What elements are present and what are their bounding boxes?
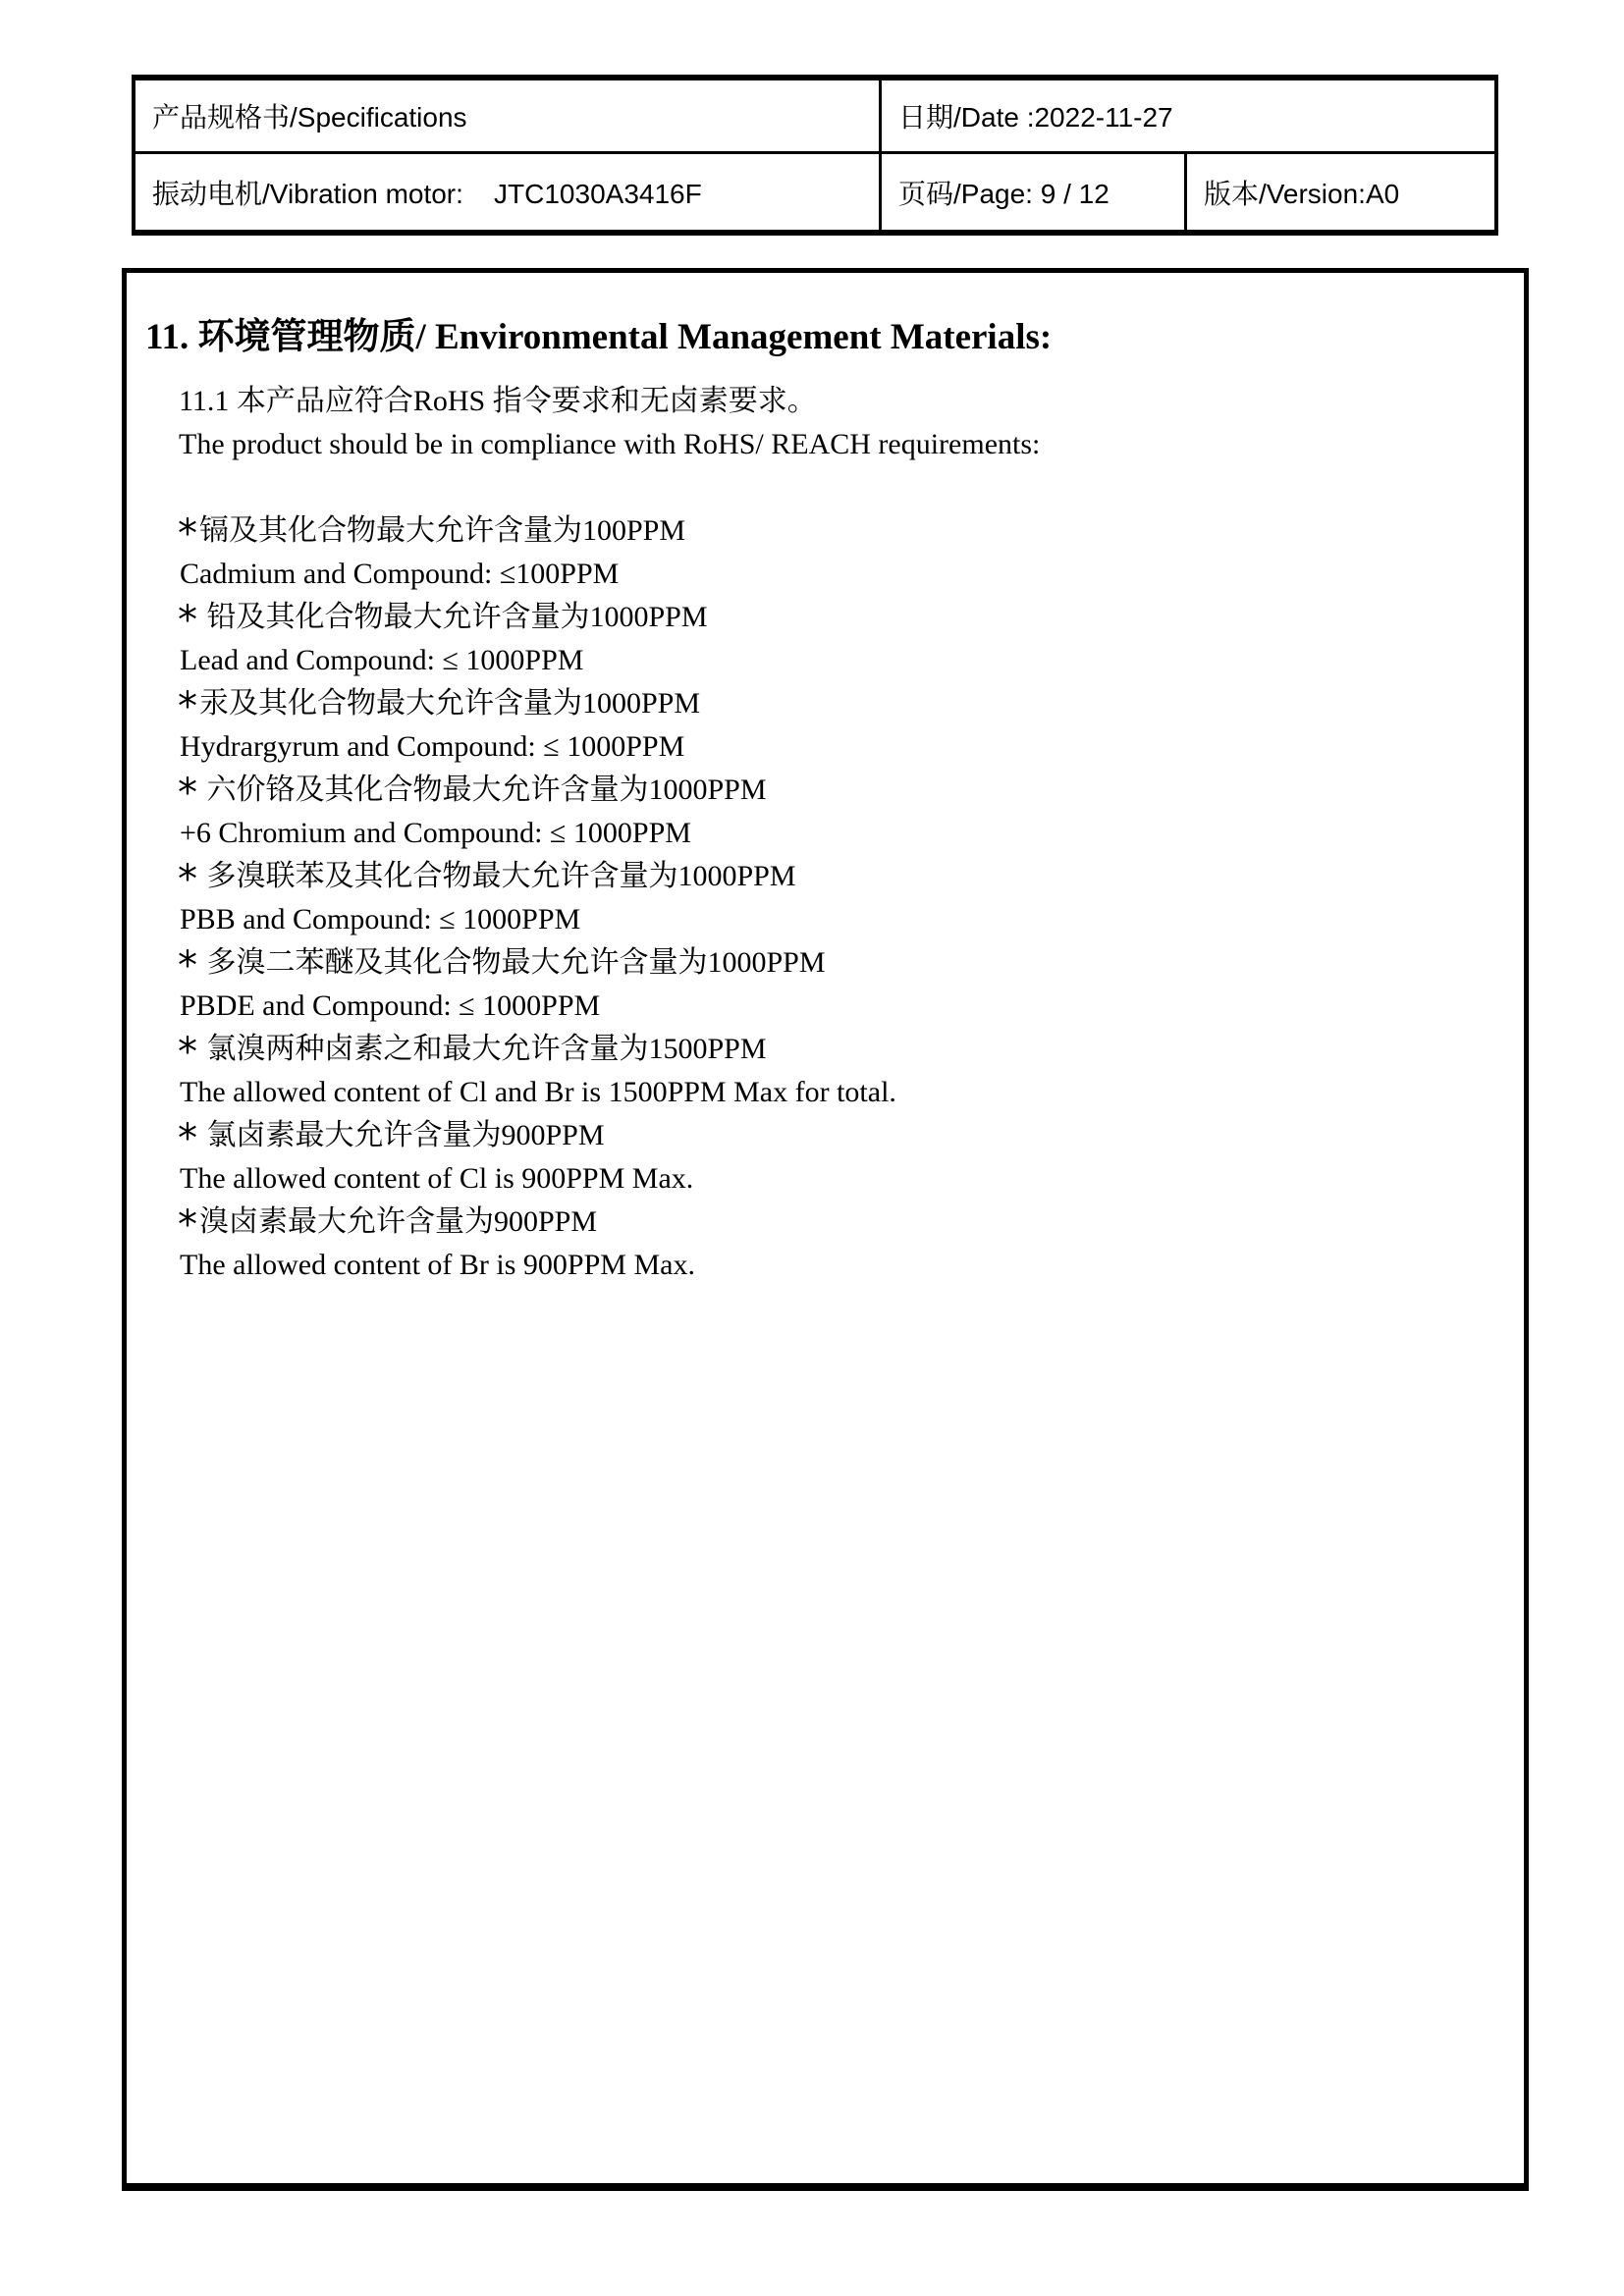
list-item: The allowed content of Br is 900PPM Max. [178, 1244, 1524, 1287]
list-item-text: 汞及其化合物最大允许含量为1000PPM [199, 687, 700, 720]
list-item: The allowed content of Cl is 900PPM Max. [178, 1157, 1524, 1201]
header-cell-product-model: 振动电机/Vibration motor: JTC1030A3416F [135, 154, 882, 230]
list-item-text: PBB and Compound: ≤ 1000PPM [180, 903, 580, 935]
spec-title-text: 产品规格书/Specifications [152, 96, 467, 135]
intro-zh: 11.1 本产品应符合RoHS 指令要求和无卤素要求。 [179, 380, 1524, 423]
list-item: *汞及其化合物最大允许含量为1000PPM [178, 682, 1524, 725]
list-item-text: 氯卤素最大允许含量为900PPM [199, 1119, 605, 1151]
list-item: +6 Chromium and Compound: ≤ 1000PPM [178, 812, 1524, 855]
list-item-text: 六价铬及其化合物最大允许含量为1000PPM [199, 774, 767, 806]
list-item-text: Hydrargyrum and Compound: ≤ 1000PPM [180, 730, 684, 763]
list-item: Cadmium and Compound: ≤100PPM [178, 553, 1524, 596]
blank-line [127, 466, 1524, 509]
list-item-text: 铅及其化合物最大允许含量为1000PPM [199, 601, 708, 633]
list-item-text: Lead and Compound: ≤ 1000PPM [180, 644, 583, 676]
content-box: 11. 环境管理物质/ Environmental Management Mat… [122, 268, 1529, 2191]
section-title: 11. 环境管理物质/ Environmental Management Mat… [145, 313, 1524, 362]
list-item-text: 溴卤素最大允许含量为900PPM [199, 1205, 597, 1238]
list-item: * 氯溴两种卤素之和最大允许含量为1500PPM [178, 1028, 1524, 1071]
list-item: Hydrargyrum and Compound: ≤ 1000PPM [178, 725, 1524, 769]
list-item-text: 氯溴两种卤素之和最大允许含量为1500PPM [199, 1033, 767, 1065]
list-item: PBB and Compound: ≤ 1000PPM [178, 898, 1524, 941]
list-item: * 氯卤素最大允许含量为900PPM [178, 1114, 1524, 1157]
list-item-text: The allowed content of Br is 900PPM Max. [180, 1249, 695, 1281]
content-body: 11. 环境管理物质/ Environmental Management Mat… [127, 273, 1524, 1287]
list-item: *溴卤素最大允许含量为900PPM [178, 1201, 1524, 1244]
header-cell-page: 页码/Page: 9 / 12 [882, 154, 1187, 230]
header-cell-version: 版本/Version:A0 [1187, 154, 1494, 230]
list-item: * 六价铬及其化合物最大允许含量为1000PPM [178, 769, 1524, 812]
header-row-2: 振动电机/Vibration motor: JTC1030A3416F 页码/P… [135, 154, 1494, 230]
product-model-text: 振动电机/Vibration motor: JTC1030A3416F [152, 173, 702, 212]
document-page: { "header": { "row1": { "title": "产品规格书/… [0, 0, 1624, 2296]
list-item-text: The allowed content of Cl is 900PPM Max. [180, 1162, 693, 1195]
list-item-text: Cadmium and Compound: ≤100PPM [180, 558, 619, 590]
intro-en: The product should be in compliance with… [179, 423, 1524, 466]
date-text: 日期/Date :2022-11-27 [898, 96, 1173, 135]
list-item: *镉及其化合物最大允许含量为100PPM [178, 509, 1524, 553]
list-item: * 铅及其化合物最大允许含量为1000PPM [178, 596, 1524, 639]
list-item-text: 多溴联苯及其化合物最大允许含量为1000PPM [199, 860, 796, 892]
page-number-text: 页码/Page: 9 / 12 [898, 173, 1110, 212]
list-item-text: PBDE and Compound: ≤ 1000PPM [180, 989, 600, 1022]
version-text: 版本/Version:A0 [1204, 173, 1399, 212]
list-item-text: 镉及其化合物最大允许含量为100PPM [199, 514, 685, 547]
header-cell-date: 日期/Date :2022-11-27 [882, 80, 1494, 151]
list-item: * 多溴二苯醚及其化合物最大允许含量为1000PPM [178, 941, 1524, 985]
list-item: * 多溴联苯及其化合物最大允许含量为1000PPM [178, 855, 1524, 898]
header-table: 产品规格书/Specifications 日期/Date :2022-11-27… [132, 75, 1498, 236]
list-item: The allowed content of Cl and Br is 1500… [178, 1071, 1524, 1114]
header-row-1: 产品规格书/Specifications 日期/Date :2022-11-27 [135, 80, 1494, 154]
list-item: PBDE and Compound: ≤ 1000PPM [178, 985, 1524, 1028]
list-item-text: 多溴二苯醚及其化合物最大允许含量为1000PPM [199, 946, 826, 979]
list-item-text: +6 Chromium and Compound: ≤ 1000PPM [180, 817, 691, 849]
list-item-text: The allowed content of Cl and Br is 1500… [180, 1076, 896, 1108]
list-item: Lead and Compound: ≤ 1000PPM [178, 639, 1524, 682]
header-cell-specifications: 产品规格书/Specifications [135, 80, 882, 151]
